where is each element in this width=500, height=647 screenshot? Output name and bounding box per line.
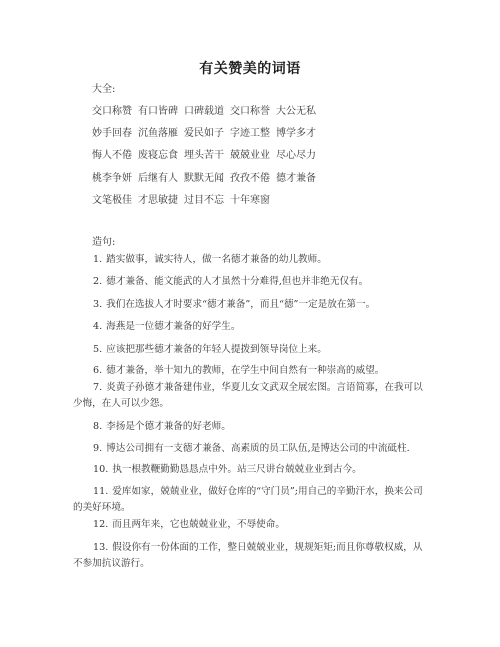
sentence-number: 7.: [93, 382, 102, 393]
vocab-word: 埋头苦干: [184, 150, 224, 161]
sentence-text: 而且两年来，它也兢兢业业，不辱使命。: [112, 519, 285, 530]
sentence-text: 假设你有一份体面的工作，整日兢兢业业，规规矩矩;而且你尊敬权威，从不参加抗议游行…: [73, 542, 423, 569]
vocab-word: 沉鱼落雁: [138, 128, 178, 139]
vocab-word: 交口称誉: [230, 106, 270, 117]
vocab-word: 字迹工整: [230, 128, 270, 139]
sentence-text: 爱库如家，兢兢业业，做好仓库的“守门员”;用自己的辛勤汗水，换来公司的美好环境。: [73, 486, 423, 513]
vocab-row: 桃李争妍后继有人默默无闻孜孜不倦德才兼备: [92, 169, 322, 184]
vocab-word: 悔人不倦: [92, 150, 132, 161]
vocab-word: 德才兼备: [276, 173, 316, 184]
vocab-row: 悔人不倦废寝忘食埋头苦干兢兢业业尽心尽力: [92, 146, 322, 161]
sentence-text: 我们在选拔人才时要求“德才兼备”，而且“德”一定是放在第一。: [106, 299, 375, 310]
sentence-text: 炎黄子孙德才兼备建伟业，华夏儿女文武双全展宏图。言语简寡，在我可以少悔，在人可以…: [73, 382, 423, 409]
sentence-item: 7.炎黄子孙德才兼备建伟业，华夏儿女文武双全展宏图。言语简寡，在我可以少悔，在人…: [73, 380, 423, 412]
sentence-number: 11.: [93, 486, 108, 497]
sentence-text: 应该把那些德才兼备的年轻人提拨到领导岗位上来。: [106, 344, 327, 355]
sentence-number: 6.: [93, 365, 102, 376]
sentence-text: 执一根教鞭勤勤恳恳点中外。站三尺讲台兢兢业业到古今。: [112, 464, 361, 475]
sentence-text: 德才兼备、能文能武的人才虽然十分难得,但也并非绝无仅有。: [106, 276, 368, 287]
vocab-word: 后继有人: [138, 173, 178, 184]
sentence-item: 2.德才兼备、能文能武的人才虽然十分难得,但也并非绝无仅有。: [73, 274, 423, 290]
sentence-number: 8.: [93, 421, 102, 432]
vocab-word: 有口皆碑: [138, 106, 178, 117]
sentence-number: 5.: [93, 344, 102, 355]
sentence-item: 13.假设你有一份体面的工作，整日兢兢业业，规规矩矩;而且你尊敬权威，从不参加抗…: [73, 540, 423, 572]
sentence-text: 德才兼备，举十知九的教师，在学生中间自然有一种崇高的威望。: [106, 365, 384, 376]
vocab-word: 口碑载道: [184, 106, 224, 117]
vocab-word: 废寝忘食: [138, 150, 178, 161]
sentence-item: 5.应该把那些德才兼备的年轻人提拨到领导岗位上来。: [73, 342, 423, 358]
sentence-item: 3.我们在选拔人才时要求“德才兼备”，而且“德”一定是放在第一。: [73, 297, 423, 313]
vocab-word: 妙手回春: [92, 128, 132, 139]
vocab-row: 交口称赞有口皆碑口碑载道交口称誉大公无私: [92, 102, 322, 117]
sentence-text: 踏实做事，诚实待人，做一名德才兼备的幼儿教师。: [106, 254, 327, 265]
vocab-word: 才思敏捷: [138, 195, 178, 206]
sentence-number: 12.: [93, 519, 108, 530]
sentence-item: 1.踏实做事，诚实待人，做一名德才兼备的幼儿教师。: [73, 252, 423, 268]
document-page: 有关赞美的词语 大全: 交口称赞有口皆碑口碑载道交口称誉大公无私 妙手回春沉鱼落…: [0, 0, 500, 647]
vocab-word: 默默无闻: [184, 173, 224, 184]
vocab-word: 孜孜不倦: [230, 173, 270, 184]
vocab-word: 大公无私: [276, 106, 316, 117]
vocab-word: 博学多才: [276, 128, 316, 139]
vocab-row: 妙手回春沉鱼落雁爱民如子字迹工整博学多才: [92, 124, 322, 139]
sentence-item: 10.执一根教鞭勤勤恳恳点中外。站三尺讲台兢兢业业到古今。: [73, 462, 423, 478]
sentence-item: 4.海燕是一位德才兼备的好学生。: [73, 319, 423, 335]
vocab-word: 兢兢业业: [230, 150, 270, 161]
sentence-number: 1.: [93, 254, 102, 265]
sentence-number: 4.: [93, 321, 102, 332]
sentence-item: 6.德才兼备，举十知九的教师，在学生中间自然有一种崇高的威望。: [73, 363, 423, 379]
sentence-text: 海燕是一位德才兼备的好学生。: [106, 321, 240, 332]
sentence-item: 11.爱库如家，兢兢业业，做好仓库的“守门员”;用自己的辛勤汗水，换来公司的美好…: [73, 484, 423, 516]
vocab-word: 爱民如子: [184, 128, 224, 139]
vocab-section-label: 大全:: [92, 80, 115, 95]
vocab-word: 交口称赞: [92, 106, 132, 117]
page-title: 有关赞美的词语: [0, 58, 500, 78]
sentence-number: 3.: [93, 299, 102, 310]
sentence-number: 2.: [93, 276, 102, 287]
vocab-word: 十年寒窗: [230, 195, 270, 206]
vocab-word: 过目不忘: [184, 195, 224, 206]
sentence-text: 博达公司拥有一支德才兼备、高素质的员工队伍,是博达公司的中流砥柱.: [106, 443, 410, 454]
sentence-item: 9.博达公司拥有一支德才兼备、高素质的员工队伍,是博达公司的中流砥柱.: [73, 441, 423, 457]
sentence-number: 10.: [93, 464, 108, 475]
vocab-word: 桃李争妍: [92, 173, 132, 184]
sentence-item: 8.李扬是个德才兼备的好老师。: [73, 419, 423, 435]
sentence-number: 13.: [93, 542, 108, 553]
sentence-text: 李扬是个德才兼备的好老师。: [106, 421, 231, 432]
vocab-word: 尽心尽力: [276, 150, 316, 161]
sentence-number: 9.: [93, 443, 102, 454]
vocab-word: 文笔极佳: [92, 195, 132, 206]
sentence-item: 12.而且两年来，它也兢兢业业，不辱使命。: [73, 517, 423, 533]
vocab-row: 文笔极佳才思敏捷过目不忘十年寒窗: [92, 191, 276, 206]
sentences-section-label: 造句:: [92, 233, 115, 248]
